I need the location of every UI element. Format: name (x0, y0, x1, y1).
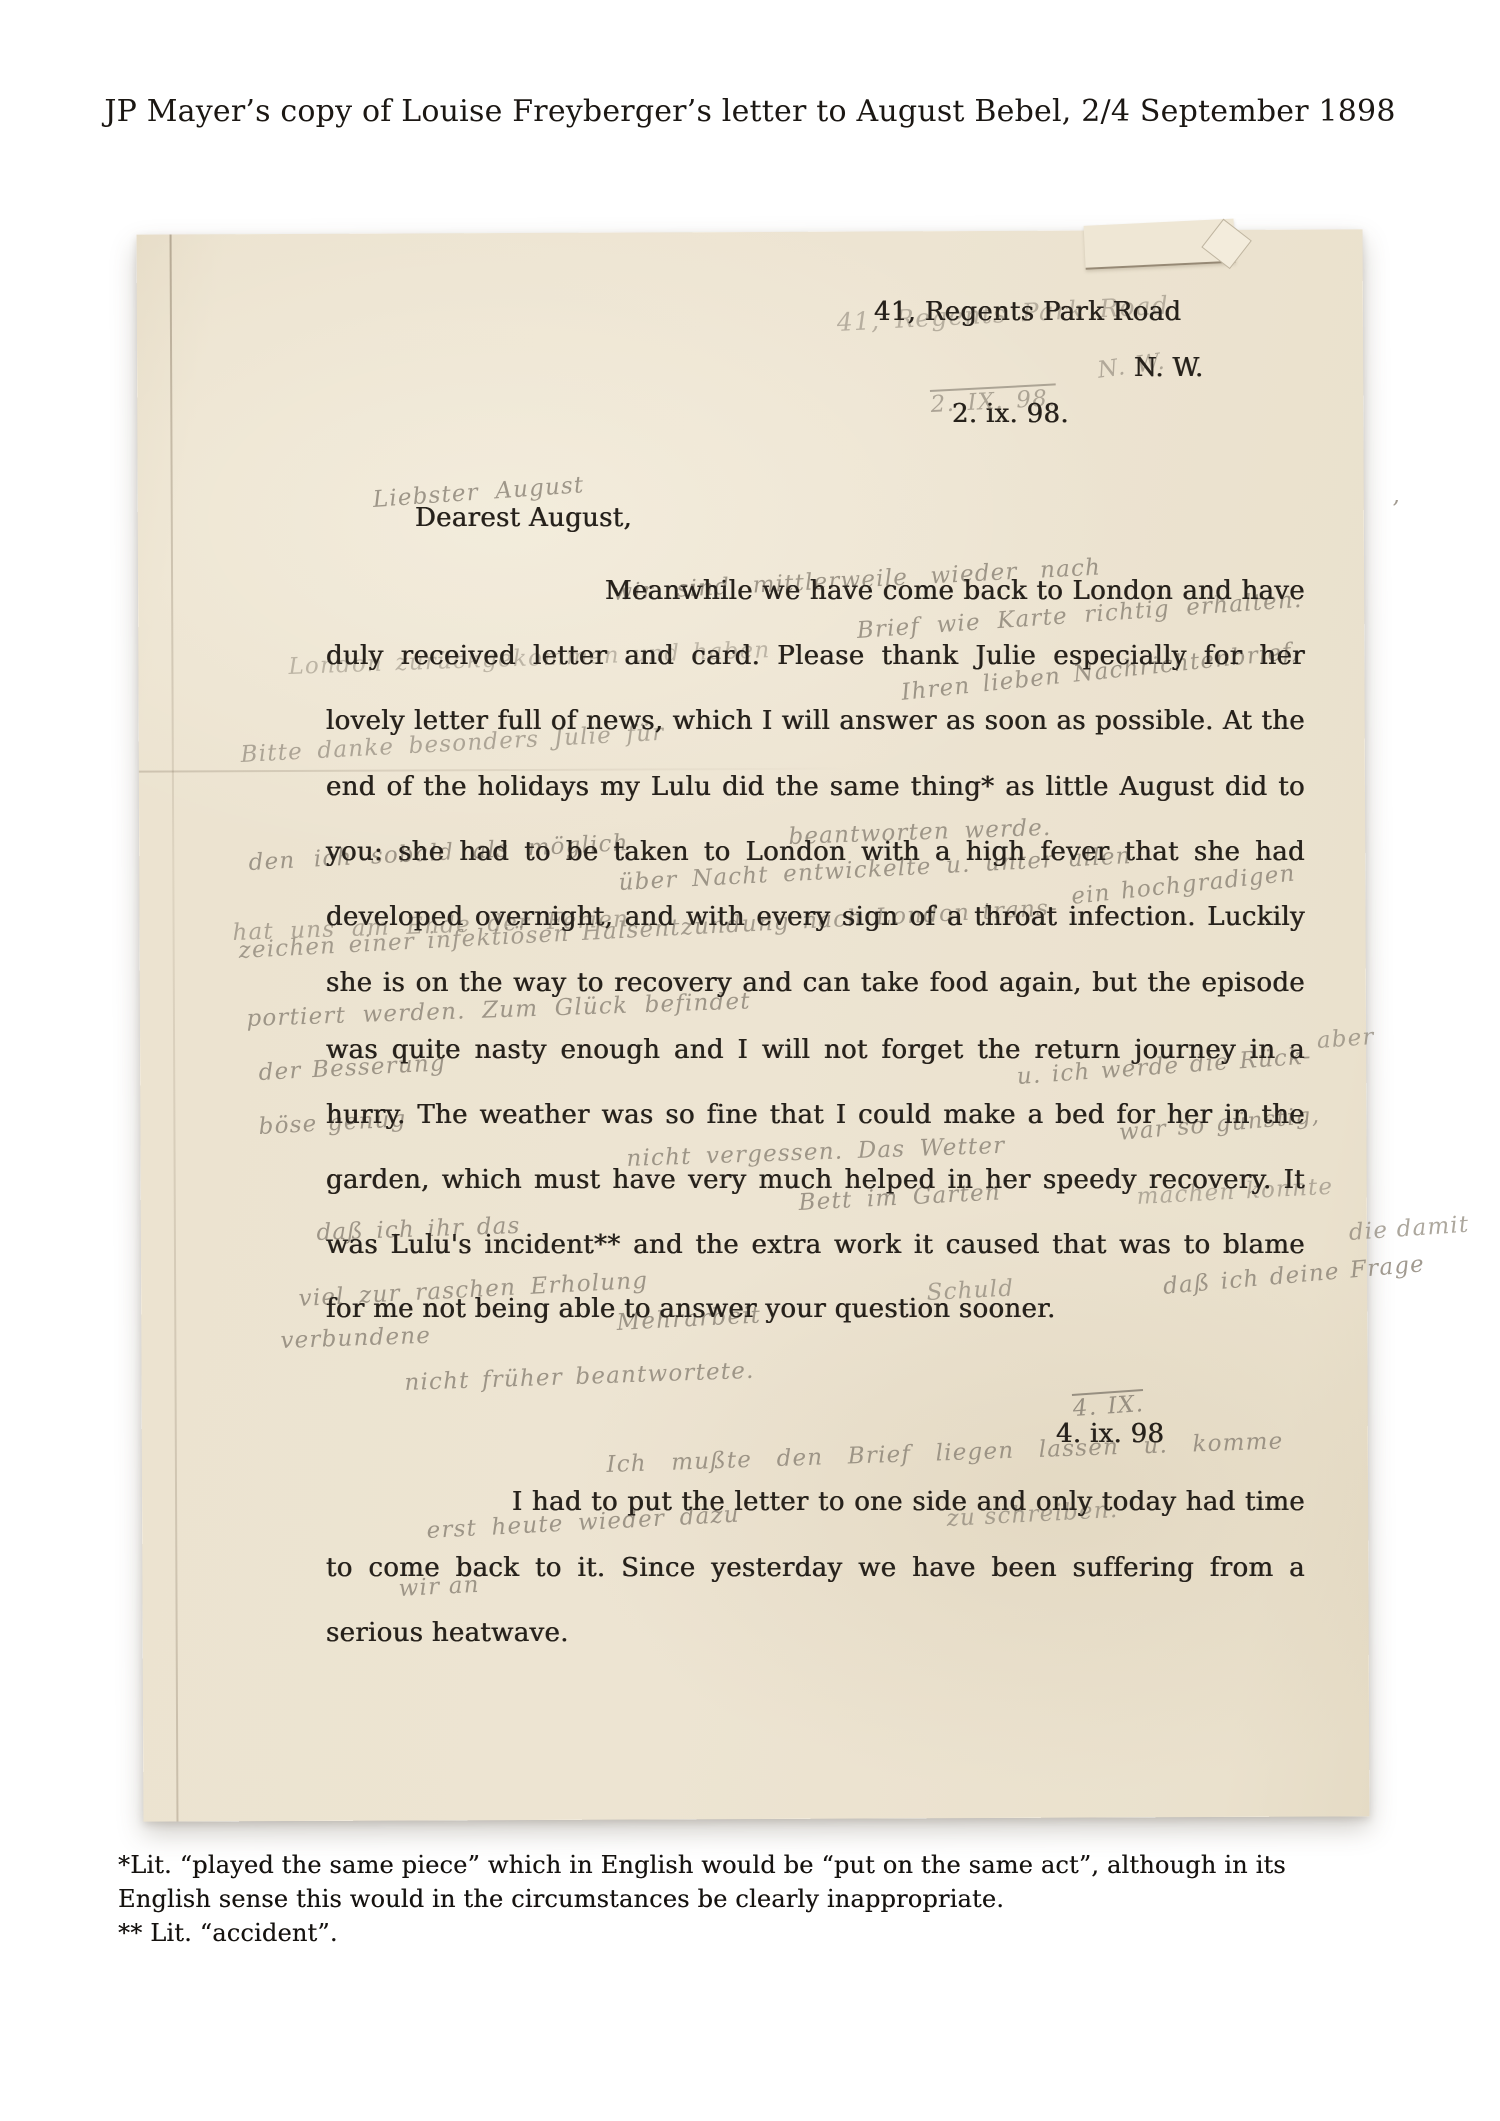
handwritten-annotation: aber (1316, 1024, 1376, 1054)
typed-line-p1-line-9: hurry. The weather was so fine that I co… (326, 1101, 1305, 1131)
typed-line-date-first: 2. ix. 98. (952, 400, 1069, 430)
typed-line-p2-line-1: I had to put the letter to one side and … (512, 1488, 1305, 1518)
typed-line-p1-line-4: end of the holidays my Lulu did the same… (326, 773, 1305, 803)
typed-line-p1-line-5: you: she had to be taken to London with … (326, 838, 1305, 868)
footnote-3: ** Lit. “accident”. (118, 1916, 1408, 1950)
typed-line-p1-line-11: was Lulu's incident** and the extra work… (326, 1231, 1305, 1261)
handwritten-annotation: 4. IX. (1072, 1391, 1145, 1422)
typed-line-address-line-1: 41, Regents Park Road (874, 298, 1181, 328)
typed-line-p1-line-7: she is on the way to recovery and can ta… (326, 969, 1305, 999)
document-page: JP Mayer’s copy of Louise Freyberger’s l… (0, 0, 1500, 2121)
handwritten-annotation: verbundene (280, 1323, 432, 1354)
typed-line-address-line-2: N. W. (1134, 354, 1204, 384)
typed-line-salutation: Dearest August, (415, 504, 632, 534)
footnote-2: English sense this would in the circumst… (118, 1882, 1408, 1916)
page-title: JP Mayer’s copy of Louise Freyberger’s l… (0, 94, 1500, 129)
paper-fold-line (170, 235, 179, 1822)
typed-line-p1-line-2: duly received letter and card. Please th… (326, 642, 1305, 672)
typed-line-p1-line-12: for me not being able to answer your que… (326, 1295, 1056, 1325)
typed-line-p2-line-3: serious heatwave. (326, 1619, 569, 1649)
typed-line-p1-line-3: lovely letter full of news, which I will… (326, 707, 1305, 737)
typed-line-p1-line-8: was quite nasty enough and I will not fo… (326, 1036, 1305, 1066)
typed-line-p1-line-10: garden, which must have very much helped… (326, 1166, 1305, 1196)
typed-line-p2-line-2: to come back to it. Since yesterday we h… (326, 1554, 1305, 1584)
footnotes-block: *Lit. “played the same piece” which in E… (118, 1848, 1408, 1950)
typed-line-p1-line-6: developed overnight, and with every sign… (326, 903, 1305, 933)
typed-line-p1-line-1: Meanwhile we have come back to London an… (605, 577, 1305, 607)
typed-line-date-second: 4. ix. 98 (1056, 1420, 1164, 1450)
footnote-1: *Lit. “played the same piece” which in E… (118, 1848, 1408, 1882)
handwritten-annotation: ’ (1392, 497, 1401, 523)
